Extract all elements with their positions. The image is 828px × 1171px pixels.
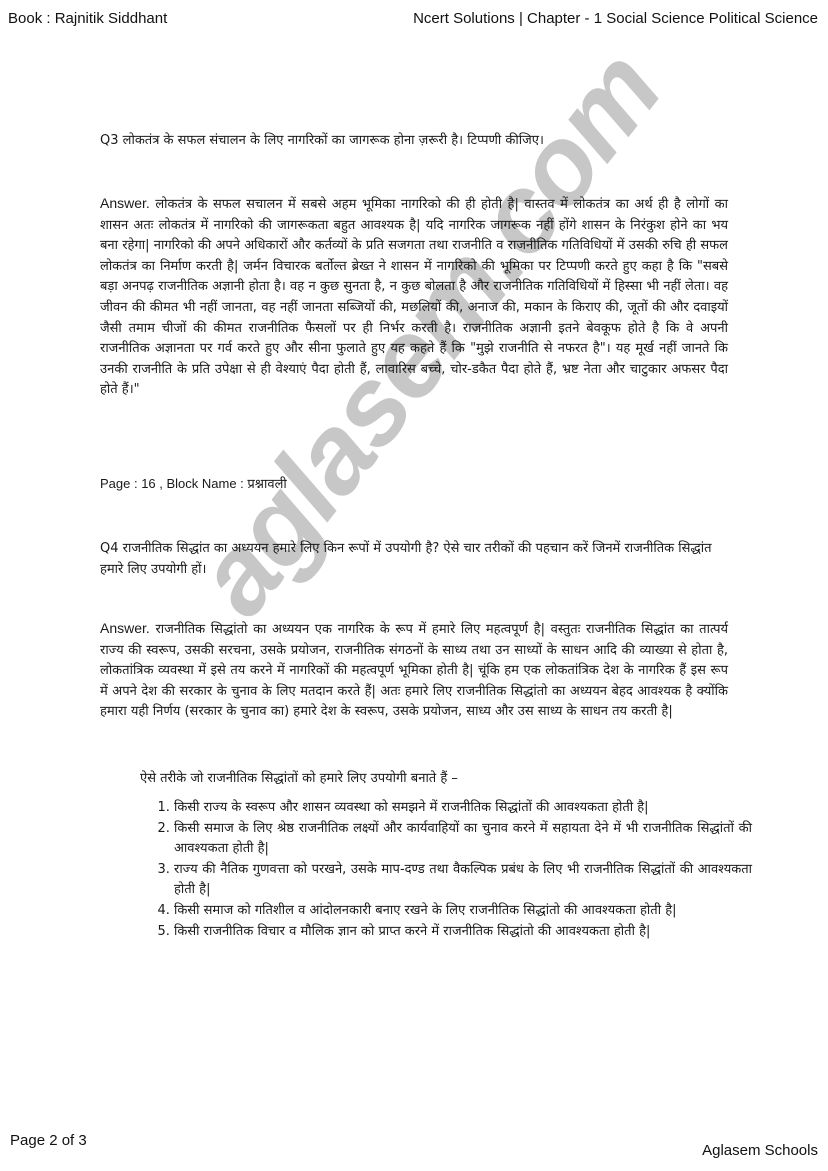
footer-brand: Aglasem Schools [702, 1142, 818, 1159]
footer-page-number: Page 2 of 3 [10, 1132, 87, 1149]
page-block-info: Page : 16 , Block Name : प्रश्नावली [100, 474, 287, 492]
list-item: राज्य की नैतिक गुणवत्ता को परखने, उसके म… [174, 860, 752, 901]
list-item: किसी समाज के लिए श्रेष्ठ राजनीतिक लक्ष्य… [174, 819, 752, 860]
answer-label: Answer. [100, 195, 150, 211]
header-book-title: Book : Rajnitik Siddhant [8, 10, 167, 27]
answer-3: Answer. लोकतंत्र के सफल सचालन में सबसे अ… [100, 193, 728, 401]
list-item: किसी समाज को गतिशील व आंदोलनकारी बनाए रख… [174, 901, 752, 922]
list-item: किसी राजनीतिक विचार व मौलिक ज्ञान को प्र… [174, 922, 752, 943]
answer-label: Answer. [100, 620, 150, 636]
question-4: Q4 राजनीतिक सिद्धांत का अध्ययन हमारे लिए… [100, 538, 728, 580]
question-3: Q3 लोकतंत्र के सफल संचालन के लिए नागरिको… [100, 130, 728, 151]
answer-3-text: लोकतंत्र के सफल सचालन में सबसे अहम भूमिक… [100, 197, 728, 397]
ways-intro: ऐसे तरीके जो राजनीतिक सिद्धांतों को हमार… [140, 768, 458, 786]
ways-list: किसी राज्य के स्वरूप और शासन व्यवस्था को… [150, 798, 752, 942]
answer-4-text: राजनीतिक सिद्धांतो का अध्ययन एक नागरिक क… [100, 622, 728, 719]
header-subject: Ncert Solutions | Chapter - 1 Social Sci… [413, 10, 818, 27]
answer-4: Answer. राजनीतिक सिद्धांतो का अध्ययन एक … [100, 618, 728, 723]
list-item: किसी राज्य के स्वरूप और शासन व्यवस्था को… [174, 798, 752, 819]
